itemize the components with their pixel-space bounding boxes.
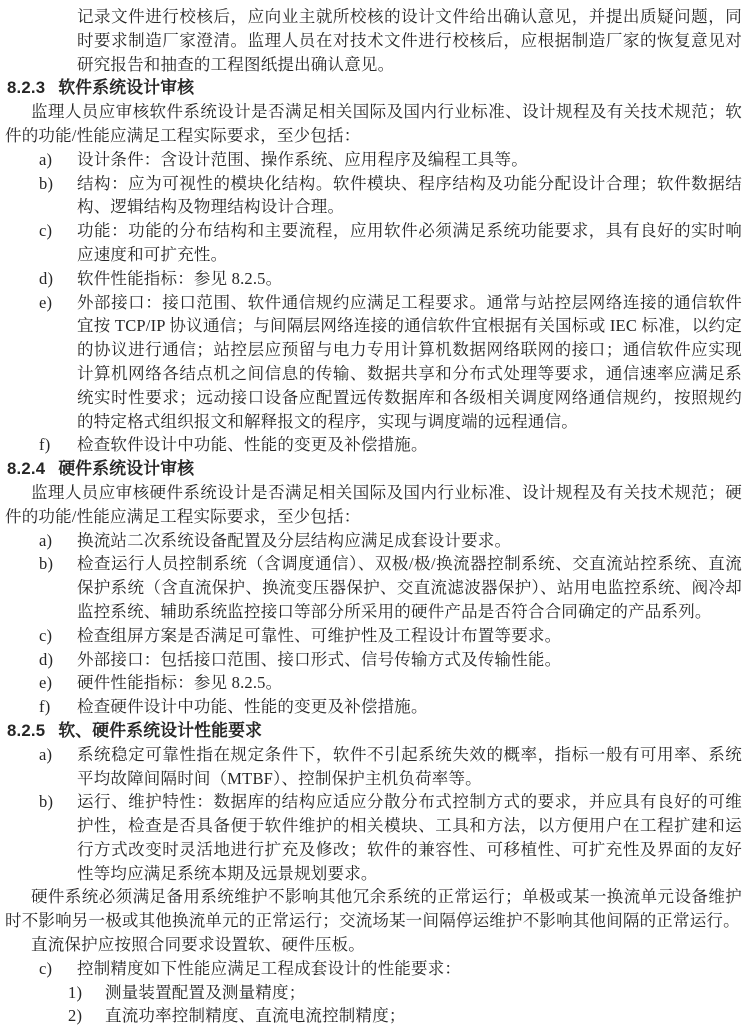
list-item-text: 硬件性能指标：参见 8.2.5。 xyxy=(77,673,282,692)
list-item-text: 测量装置配置及测量精度； xyxy=(105,983,305,1002)
list-item-text: 运行、维护特性：数据库的结构应适应分散分布式控制方式的要求，并应具有良好的可维护… xyxy=(77,792,742,882)
list-marker: a) xyxy=(39,743,52,767)
list-item: e)硬件性能指标：参见 8.2.5。 xyxy=(0,671,742,695)
list-item: e)外部接口：接口范围、软件通信规约应满足工程要求。通常与站控层网络连接的通信软… xyxy=(0,291,742,434)
document-page: 记录文件进行校核后，应向业主就所校核的设计文件给出确认意见，并提出质疑问题，同时… xyxy=(0,0,750,1030)
list-marker: c) xyxy=(39,219,52,243)
list-item-text: 检查组屏方案是否满足可靠性、可维护性及工程设计布置等要求。 xyxy=(77,626,561,645)
list-marker: d) xyxy=(39,648,53,672)
list-marker: c) xyxy=(39,624,52,648)
list-item-text: 软件性能指标：参见 8.2.5。 xyxy=(77,269,282,288)
list-item-text: 设计条件：含设计范围、操作系统、应用程序及编程工具等。 xyxy=(77,150,528,169)
section-title: 硬件系统设计审核 xyxy=(58,457,194,481)
document-content: 记录文件进行校核后，应向业主就所校核的设计文件给出确认意见，并提出质疑问题，同时… xyxy=(0,0,750,1028)
paragraph: 监理人员应审核软件系统设计是否满足相关国际及国内行业标准、设计规程及有关技术规范… xyxy=(0,100,742,148)
list-item: c)控制精度如下性能应满足工程成套设计的性能要求： xyxy=(0,957,742,981)
paragraph: 监理人员应审核硬件系统设计是否满足相关国际及国内行业标准、设计规程及有关技术规范… xyxy=(0,481,742,529)
list-item: d)软件性能指标：参见 8.2.5。 xyxy=(0,267,742,291)
list-marker: a) xyxy=(39,529,52,553)
section-number: 8.2.3 xyxy=(7,76,45,100)
paragraph: 记录文件进行校核后，应向业主就所校核的设计文件给出确认意见，并提出质疑问题，同时… xyxy=(0,5,742,76)
sub-list-item: 1)测量装置配置及测量精度； xyxy=(0,981,742,1005)
section-number: 8.2.5 xyxy=(7,719,45,743)
section-title: 软、硬件系统设计性能要求 xyxy=(58,719,262,743)
section-heading: 8.2.4硬件系统设计审核 xyxy=(0,457,742,481)
section-title: 软件系统设计审核 xyxy=(58,76,194,100)
list-item-text: 换流站二次系统设备配置及分层结构应满足成套设计要求。 xyxy=(77,531,511,550)
list-item-text: 系统稳定可靠性指在规定条件下，软件不引起系统失效的概率，指标一般有可用率、系统平… xyxy=(77,745,742,788)
list-marker: b) xyxy=(39,172,53,196)
list-marker: e) xyxy=(39,291,52,315)
list-marker: e) xyxy=(39,671,52,695)
list-item-text: 直流功率控制精度、直流电流控制精度； xyxy=(105,1006,406,1025)
list-marker: b) xyxy=(39,552,53,576)
list-item-text: 检查运行人员控制系统（含调度通信）、双极/极/换流器控制系统、交直流站控系统、直… xyxy=(77,554,742,621)
list-item-text: 功能：功能的分布结构和主要流程，应用软件必须满足系统功能要求，具有良好的实时响应… xyxy=(77,221,742,264)
list-item-text: 控制精度如下性能应满足工程成套设计的性能要求： xyxy=(77,959,461,978)
list-marker: 2) xyxy=(68,1004,82,1028)
list-item: f)检查软件设计中功能、性能的变更及补偿措施。 xyxy=(0,433,742,457)
list-item-text: 检查软件设计中功能、性能的变更及补偿措施。 xyxy=(77,435,428,454)
section-heading: 8.2.5软、硬件系统设计性能要求 xyxy=(0,719,742,743)
list-item: d)外部接口：包括接口范围、接口形式、信号传输方式及传输性能。 xyxy=(0,648,742,672)
list-item: a)换流站二次系统设备配置及分层结构应满足成套设计要求。 xyxy=(0,529,742,553)
list-item: a)系统稳定可靠性指在规定条件下，软件不引起系统失效的概率，指标一般有可用率、系… xyxy=(0,743,742,791)
list-item: c)检查组屏方案是否满足可靠性、可维护性及工程设计布置等要求。 xyxy=(0,624,742,648)
list-item-text: 结构：应为可视性的模块化结构。软件模块、程序结构及功能分配设计合理；软件数据结构… xyxy=(77,174,742,217)
sub-list-item: 2)直流功率控制精度、直流电流控制精度； xyxy=(0,1004,742,1028)
list-item: b)运行、维护特性：数据库的结构应适应分散分布式控制方式的要求，并应具有良好的可… xyxy=(0,790,742,885)
list-item-text: 检查硬件设计中功能、性能的变更及补偿措施。 xyxy=(77,697,428,716)
section-heading: 8.2.3软件系统设计审核 xyxy=(0,76,742,100)
list-item-text: 外部接口：接口范围、软件通信规约应满足工程要求。通常与站控层网络连接的通信软件宜… xyxy=(77,293,742,431)
paragraph: 直流保护应按照合同要求设置软、硬件压板。 xyxy=(0,933,742,957)
list-item: a)设计条件：含设计范围、操作系统、应用程序及编程工具等。 xyxy=(0,148,742,172)
list-item: b)检查运行人员控制系统（含调度通信）、双极/极/换流器控制系统、交直流站控系统… xyxy=(0,552,742,623)
list-marker: f) xyxy=(39,695,50,719)
list-marker: 1) xyxy=(68,981,82,1005)
list-marker: c) xyxy=(39,957,52,981)
list-item: f)检查硬件设计中功能、性能的变更及补偿措施。 xyxy=(0,695,742,719)
list-item-text: 外部接口：包括接口范围、接口形式、信号传输方式及传输性能。 xyxy=(77,650,561,669)
section-number: 8.2.4 xyxy=(7,457,45,481)
list-item: b)结构：应为可视性的模块化结构。软件模块、程序结构及功能分配设计合理；软件数据… xyxy=(0,172,742,220)
list-marker: d) xyxy=(39,267,53,291)
list-marker: b) xyxy=(39,790,53,814)
list-item: c)功能：功能的分布结构和主要流程，应用软件必须满足系统功能要求，具有良好的实时… xyxy=(0,219,742,267)
list-marker: f) xyxy=(39,433,50,457)
list-marker: a) xyxy=(39,148,52,172)
paragraph: 硬件系统必须满足备用系统维护不影响其他冗余系统的正常运行；单极或某一换流单元设备… xyxy=(0,885,742,933)
